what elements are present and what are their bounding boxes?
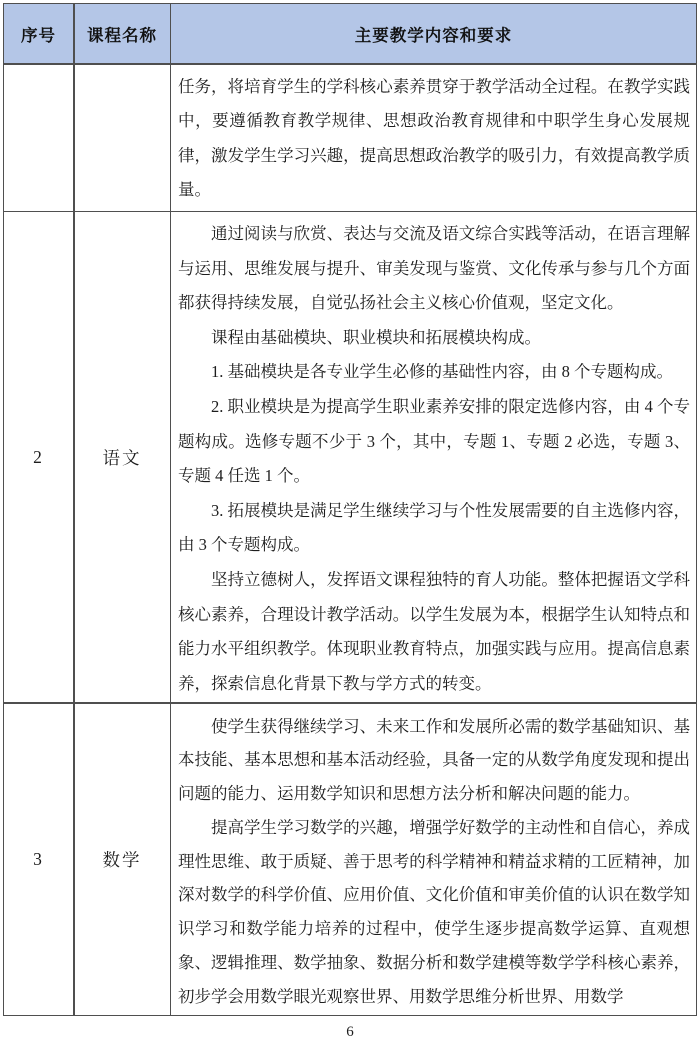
header-teaching-content: 主要教学内容和要求: [171, 4, 696, 63]
row3-number-cell: 3: [4, 704, 73, 1016]
row3-course-cell: 数学: [75, 704, 170, 1016]
paragraph: 3. 拓展模块是满足学生继续学习与个性发展需要的自主选修内容，由 3 个专题构成…: [178, 494, 690, 563]
header-course-name: 课程名称: [75, 4, 170, 63]
paragraph: 任务，将培育学生的学科核心素养贯穿于教学活动全过程。在教学实践中，要遵循教育教学…: [178, 70, 690, 208]
paragraph: 使学生获得继续学习、未来工作和发展所必需的数学基础知识、基本技能、基本思想和基本…: [178, 710, 690, 811]
paragraph: 课程由基础模块、职业模块和拓展模块构成。: [178, 321, 690, 356]
row1-number-cell: [4, 65, 73, 211]
row1-course-cell: [75, 65, 170, 211]
header-number-label: 序号: [21, 22, 56, 46]
paragraph: 2. 职业模块是为提高学生职业素养安排的限定选修内容，由 4 个专题构成。选修专…: [178, 390, 690, 494]
row1-content-cell: 任务，将培育学生的学科核心素养贯穿于教学活动全过程。在教学实践中，要遵循教育教学…: [171, 65, 696, 211]
row2-course-cell: 语文: [75, 212, 170, 702]
paragraph: 提高学生学习数学的兴趣，增强学好数学的主动性和自信心，养成理性思维、敢于质疑、善…: [178, 811, 690, 1014]
row2-number-cell: 2: [4, 212, 73, 702]
paragraph: 坚持立德树人，发挥语文课程独特的育人功能。整体把握语文学科核心素养，合理设计教学…: [178, 563, 690, 701]
header-number: 序号: [4, 4, 73, 63]
row2-content-cell: 通过阅读与欣赏、表达与交流及语文综合实践等活动，在语言理解与运用、思维发展与提升…: [171, 212, 696, 702]
course-table: 序号 课程名称 主要教学内容和要求 任务，将培育学生的学科核心素养贯穿于教学活动…: [3, 3, 697, 1016]
header-course-name-label: 课程名称: [87, 22, 157, 46]
paragraph: 1. 基础模块是各专业学生必修的基础性内容，由 8 个专题构成。: [178, 355, 690, 390]
row3-content-cell: 使学生获得继续学习、未来工作和发展所必需的数学基础知识、基本技能、基本思想和基本…: [171, 704, 696, 1016]
header-teaching-content-label: 主要教学内容和要求: [355, 22, 513, 46]
paragraph: 通过阅读与欣赏、表达与交流及语文综合实践等活动，在语言理解与运用、思维发展与提升…: [178, 217, 690, 321]
page-number: 6: [0, 1024, 700, 1041]
